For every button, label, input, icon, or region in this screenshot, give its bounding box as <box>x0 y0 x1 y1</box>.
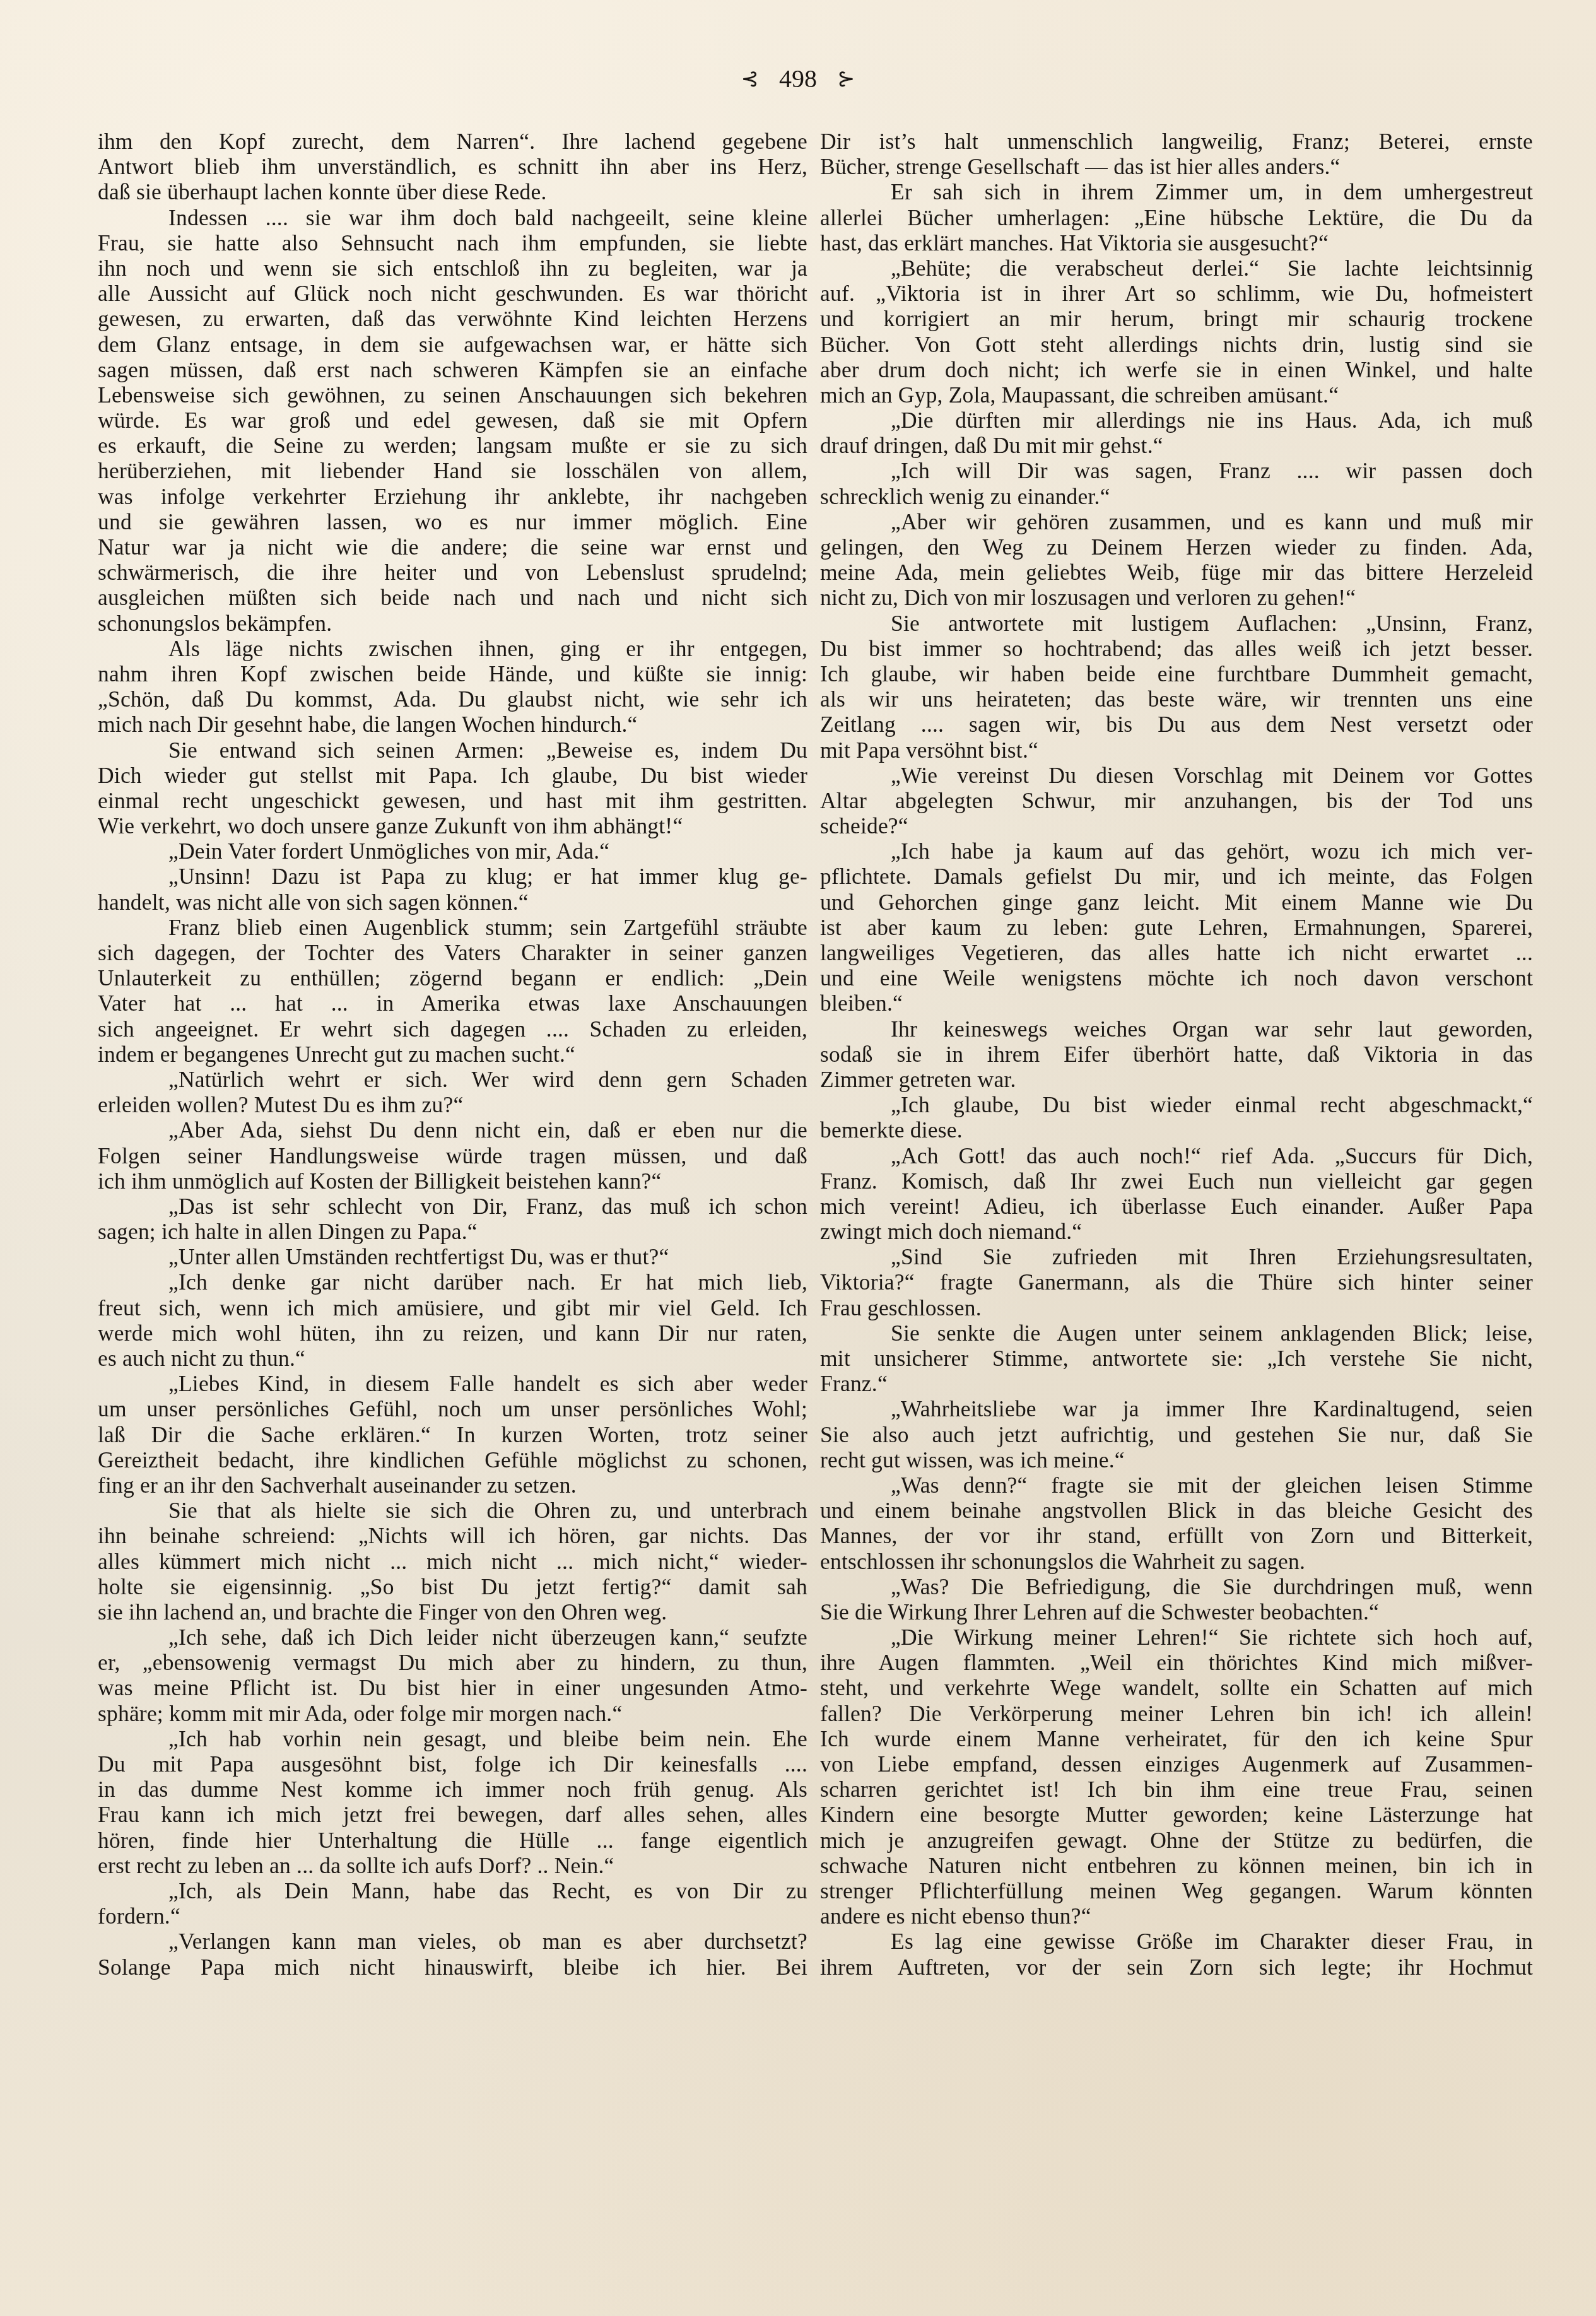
text-line: und korrigiert an mir herum, bringt mir … <box>820 306 1533 331</box>
text-line: „Behüte; die verabscheut derlei.“ Sie la… <box>820 256 1533 281</box>
text-line: nahm ihren Kopf zwischen beide Hände, un… <box>98 661 807 686</box>
text-line: „Ich denke gar nicht darüber nach. Er ha… <box>98 1269 807 1295</box>
text-line: und eine Weile wenigstens möchte ich noc… <box>820 965 1533 990</box>
text-line: „Unsinn! Dazu ist Papa zu klug; er hat i… <box>98 864 807 889</box>
text-line: Sie die Wirkung Ihrer Lehren auf die Sch… <box>820 1599 1533 1625</box>
text-line: es erkauft, die Seine zu werden; langsam… <box>98 433 807 458</box>
text-line: schonungslos bekämpfen. <box>98 611 807 636</box>
text-line: „Was denn?“ fragte sie mit der gleichen … <box>820 1472 1533 1498</box>
text-line: sodaß sie in ihrem Eifer überhört hatte,… <box>820 1042 1533 1067</box>
text-line: Mannes, der vor ihr stand, erfüllt von Z… <box>820 1523 1533 1548</box>
text-line: ihre Augen flammten. „Weil ein thörichte… <box>820 1650 1533 1675</box>
text-line: dem Glanz entsage, in dem sie aufgewachs… <box>98 332 807 357</box>
text-column-left: ihm den Kopf zurecht, dem Narren“. Ihre … <box>98 129 807 1980</box>
text-line: „Was? Die Befriedigung, die Sie durchdri… <box>820 1574 1533 1599</box>
text-line: Es lag eine gewisse Größe im Charakter d… <box>820 1929 1533 1954</box>
text-line: mich nach Dir gesehnt habe, die langen W… <box>98 712 807 737</box>
text-line: sphäre; komm mit mir Ada, oder folge mir… <box>98 1701 807 1726</box>
text-line: andere es nicht ebenso thun?“ <box>820 1903 1533 1929</box>
text-line: holte sie eigensinnig. „So bist Du jetzt… <box>98 1574 807 1599</box>
text-line: Bücher, strenge Gesellschaft — das ist h… <box>820 154 1533 179</box>
text-line: alle Aussicht auf Glück noch nicht gesch… <box>98 281 807 306</box>
text-line: und sie gewähren lassen, wo es nur immer… <box>98 509 807 534</box>
text-line: „Unter allen Umständen rechtfertigst Du,… <box>98 1244 807 1269</box>
text-line: um unser persönliches Gefühl, noch um un… <box>98 1396 807 1421</box>
text-line: Natur war ja nicht wie die andere; die s… <box>98 534 807 560</box>
text-line: ihrem Auftreten, vor der sein Zorn sich … <box>820 1954 1533 1980</box>
text-line: Gereiztheit bedacht, ihre kindlichen Gef… <box>98 1447 807 1472</box>
text-line: „Ich will Dir was sagen, Franz .... wir … <box>820 458 1533 483</box>
text-line: als wir uns heirateten; das beste wäre, … <box>820 686 1533 712</box>
text-line: herüberziehen, mit liebender Hand sie lo… <box>98 458 807 483</box>
text-line: bemerkte diese. <box>820 1117 1533 1143</box>
text-line: Frau geschlossen. <box>820 1295 1533 1320</box>
text-line: Dich wieder gut stellst mit Papa. Ich gl… <box>98 763 807 788</box>
text-line: würde. Es war groß und edel gewesen, daß… <box>98 408 807 433</box>
page-header: ⊰ 498 ⊱ <box>0 63 1596 95</box>
text-line: „Dein Vater fordert Unmögliches von mir,… <box>98 838 807 864</box>
text-line: „Sind Sie zufrieden mit Ihren Erziehungs… <box>820 1244 1533 1269</box>
text-line: „Ach Gott! das auch noch!“ rief Ada. „Su… <box>820 1143 1533 1168</box>
text-line: Du bist immer so hochtrabend; das alles … <box>820 636 1533 661</box>
text-line: „Liebes Kind, in diesem Falle handelt es… <box>98 1371 807 1396</box>
text-line: Kindern eine besorgte Mutter geworden; k… <box>820 1802 1533 1827</box>
text-line: indem er begangenes Unrecht gut zu mache… <box>98 1042 807 1067</box>
text-line: Sie entwand sich seinen Armen: „Beweise … <box>98 738 807 763</box>
text-line: auf. „Viktoria ist in ihrer Art so schli… <box>820 281 1533 306</box>
text-line: Ich glaube, wir haben beide eine furchtb… <box>820 661 1533 686</box>
text-line: mit unsicherer Stimme, antwortete sie: „… <box>820 1346 1533 1371</box>
text-line: „Schön, daß Du kommst, Ada. Du glaubst n… <box>98 686 807 712</box>
text-line: es auch nicht zu thun.“ <box>98 1346 807 1371</box>
text-line: was meine Pflicht ist. Du bist hier in e… <box>98 1675 807 1700</box>
text-line: Lebensweise sich gewöhnen, zu seinen Ans… <box>98 382 807 408</box>
text-line: Vater hat ... hat ... in Amerika etwas l… <box>98 990 807 1016</box>
text-line: erleiden wollen? Mutest Du es ihm zu?“ <box>98 1092 807 1117</box>
text-line: Sie also auch jetzt aufrichtig, und gest… <box>820 1422 1533 1447</box>
text-line: Er sah sich in ihrem Zimmer um, in dem u… <box>820 179 1533 204</box>
text-line: werde mich wohl hüten, ihn zu reizen, un… <box>98 1320 807 1346</box>
text-line: „Die dürften mir allerdings nie ins Haus… <box>820 408 1533 433</box>
text-line: Solange Papa mich nicht hinauswirft, ble… <box>98 1954 807 1980</box>
text-line: er, „ebensowenig vermagst Du mich aber z… <box>98 1650 807 1675</box>
text-line: ich ihm unmöglich auf Kosten der Billigk… <box>98 1168 807 1194</box>
text-line: nicht zu, Dich von mir loszusagen und ve… <box>820 585 1533 610</box>
text-line: „Die Wirkung meiner Lehren!“ Sie richtet… <box>820 1625 1533 1650</box>
text-line: Franz. Komisch, daß Ihr zwei Euch nun vi… <box>820 1168 1533 1194</box>
text-line: daß sie überhaupt lachen konnte über die… <box>98 179 807 204</box>
text-line: Ich wurde einem Manne verheiratet, für d… <box>820 1726 1533 1751</box>
text-line: ihm den Kopf zurecht, dem Narren“. Ihre … <box>98 129 807 154</box>
text-line: gelingen, den Weg zu Deinem Herzen wiede… <box>820 534 1533 560</box>
text-line: pflichtete. Damals gefielst Du mir, und … <box>820 864 1533 889</box>
text-line: scheide?“ <box>820 813 1533 838</box>
text-line: „Ich habe ja kaum auf das gehört, wozu i… <box>820 838 1533 864</box>
text-line: ihn noch und wenn sie sich entschloß ihn… <box>98 256 807 281</box>
text-line: sich dagegen, der Tochter des Vaters Cha… <box>98 940 807 965</box>
text-line: sie ihn lachend an, und brachte die Fing… <box>98 1599 807 1625</box>
text-line: schwärmerisch, die ihre heiter und von L… <box>98 560 807 585</box>
text-line: Ihr keineswegs weiches Organ war sehr la… <box>820 1016 1533 1042</box>
text-line: ihn beinahe schreiend: „Nichts will ich … <box>98 1523 807 1548</box>
text-line: „Wie vereinst Du diesen Vorschlag mit De… <box>820 763 1533 788</box>
text-line: bleiben.“ <box>820 990 1533 1016</box>
text-line: Frau kann ich mich jetzt frei bewegen, d… <box>98 1802 807 1827</box>
text-line: „Aber Ada, siehst Du denn nicht ein, daß… <box>98 1117 807 1143</box>
text-line: mich an Gyp, Zola, Maupassant, die schre… <box>820 382 1533 408</box>
text-line: und einem beinahe angstvollen Blick in d… <box>820 1498 1533 1523</box>
text-line: fordern.“ <box>98 1903 807 1929</box>
text-line: zwingt mich doch niemand.“ <box>820 1219 1533 1244</box>
text-line: schwache Naturen nicht entbehren zu könn… <box>820 1853 1533 1878</box>
text-line: „Aber wir gehören zusammen, und es kann … <box>820 509 1533 534</box>
text-line: Sie senkte die Augen unter seinem anklag… <box>820 1320 1533 1346</box>
text-line: fing er an ihr den Sachverhalt auseinand… <box>98 1472 807 1498</box>
text-line: Zeitlang .... sagen wir, bis Du aus dem … <box>820 712 1533 737</box>
text-line: Bücher. Von Gott steht allerdings nichts… <box>820 332 1533 357</box>
text-line: Folgen seiner Handlungsweise würde trage… <box>98 1143 807 1168</box>
text-line: Sie antwortete mit lustigem Auflachen: „… <box>820 611 1533 636</box>
text-line: strenger Pflichterfüllung meinen Weg geg… <box>820 1878 1533 1903</box>
text-line: „Wahrheitsliebe war ja immer Ihre Kardin… <box>820 1396 1533 1421</box>
text-line: drauf dringen, daß Du mit mir gehst.“ <box>820 433 1533 458</box>
text-line: schrecklich wenig zu einander.“ <box>820 484 1533 509</box>
text-line: Franz blieb einen Augenblick stumm; sein… <box>98 915 807 940</box>
text-line: Unlauterkeit zu enthüllen; zögernd began… <box>98 965 807 990</box>
text-line: sagen; ich halte in allen Dingen zu Papa… <box>98 1219 807 1244</box>
text-line: Altar abgelegten Schwur, mir anzuhangen,… <box>820 788 1533 813</box>
text-column-right: Dir ist’s halt unmenschlich langweilig, … <box>820 129 1533 1980</box>
text-line: hören, finde hier Unterhaltung die Hülle… <box>98 1828 807 1853</box>
ornament-left-icon: ⊰ <box>741 64 760 95</box>
text-line: mit Papa versöhnt bist.“ <box>820 738 1533 763</box>
text-line: „Verlangen kann man vieles, ob man es ab… <box>98 1929 807 1954</box>
ornament-right-icon: ⊱ <box>837 64 855 95</box>
text-line: steht, und verkehrte Wege wandelt, sollt… <box>820 1675 1533 1700</box>
text-line: „Natürlich wehrt er sich. Wer wird denn … <box>98 1067 807 1092</box>
text-line: hast, das erklärt manches. Hat Viktoria … <box>820 230 1533 256</box>
text-line: Frau, sie hatte also Sehnsucht nach ihm … <box>98 230 807 256</box>
text-line: Viktoria?“ fragte Ganermann, als die Thü… <box>820 1269 1533 1295</box>
text-line: einmal recht ungeschickt gewesen, und ha… <box>98 788 807 813</box>
text-line: Als läge nichts zwischen ihnen, ging er … <box>98 636 807 661</box>
text-line: laß Dir die Sache erklären.“ In kurzen W… <box>98 1422 807 1447</box>
text-line: was infolge verkehrter Erziehung ihr ank… <box>98 484 807 509</box>
text-line: entschlossen ihr schonungslos die Wahrhe… <box>820 1549 1533 1574</box>
text-line: recht gut wissen, was ich meine.“ <box>820 1447 1533 1472</box>
text-line: alles kümmert mich nicht ... mich nicht … <box>98 1549 807 1574</box>
text-line: erst recht zu leben an ... da sollte ich… <box>98 1853 807 1878</box>
text-line: sagen müssen, daß erst nach schweren Käm… <box>98 357 807 382</box>
text-line: ist aber kaum zu leben: gute Lehren, Erm… <box>820 915 1533 940</box>
text-line: und Gehorchen ginge ganz leicht. Mit ein… <box>820 890 1533 915</box>
text-line: ausgleichen müßten sich beide nach und n… <box>98 585 807 610</box>
text-line: mich vereint! Adieu, ich überlasse Euch … <box>820 1194 1533 1219</box>
text-line: scharren gerichtet ist! Ich bin ihm eine… <box>820 1777 1533 1802</box>
text-line: allerlei Bücher umherlagen: „Eine hübsch… <box>820 205 1533 230</box>
text-line: „Ich, als Dein Mann, habe das Recht, es … <box>98 1878 807 1903</box>
text-line: „Das ist sehr schlecht von Dir, Franz, d… <box>98 1194 807 1219</box>
text-line: Zimmer getreten war. <box>820 1067 1533 1092</box>
text-line: gewesen, zu erwarten, daß das verwöhnte … <box>98 306 807 331</box>
text-line: Wie verkehrt, wo doch unsere ganze Zukun… <box>98 813 807 838</box>
text-line: Sie that als hielte sie sich die Ohren z… <box>98 1498 807 1523</box>
text-line: fallen? Die Verkörperung meiner Lehren b… <box>820 1701 1533 1726</box>
text-line: mich je anzugreifen gewagt. Ohne der Stü… <box>820 1828 1533 1853</box>
text-line: aber drum doch nicht; ich werfe sie in e… <box>820 357 1533 382</box>
text-line: freut sich, wenn ich mich amüsiere, und … <box>98 1295 807 1320</box>
text-line: in das dumme Nest komme ich immer noch f… <box>98 1777 807 1802</box>
text-line: „Ich sehe, daß ich Dich leider nicht übe… <box>98 1625 807 1650</box>
text-line: Antwort blieb ihm unverständlich, es sch… <box>98 154 807 179</box>
text-line: Franz.“ <box>820 1371 1533 1396</box>
page-number: 498 <box>779 64 817 93</box>
text-line: Indessen .... sie war ihm doch bald nach… <box>98 205 807 230</box>
text-line: Dir ist’s halt unmenschlich langweilig, … <box>820 129 1533 154</box>
text-line: handelt, was nicht alle von sich sagen k… <box>98 890 807 915</box>
text-line: „Ich hab vorhin nein gesagt, und bleibe … <box>98 1726 807 1751</box>
text-line: Du mit Papa ausgesöhnt bist, folge ich D… <box>98 1751 807 1777</box>
text-line: „Ich glaube, Du bist wieder einmal recht… <box>820 1092 1533 1117</box>
text-line: meine Ada, mein geliebtes Weib, füge mir… <box>820 560 1533 585</box>
text-line: von Liebe empfand, dessen einziges Augen… <box>820 1751 1533 1777</box>
text-line: sich angeeignet. Er wehrt sich dagegen .… <box>98 1016 807 1042</box>
text-line: langweiliges Vegetieren, das alles hatte… <box>820 940 1533 965</box>
